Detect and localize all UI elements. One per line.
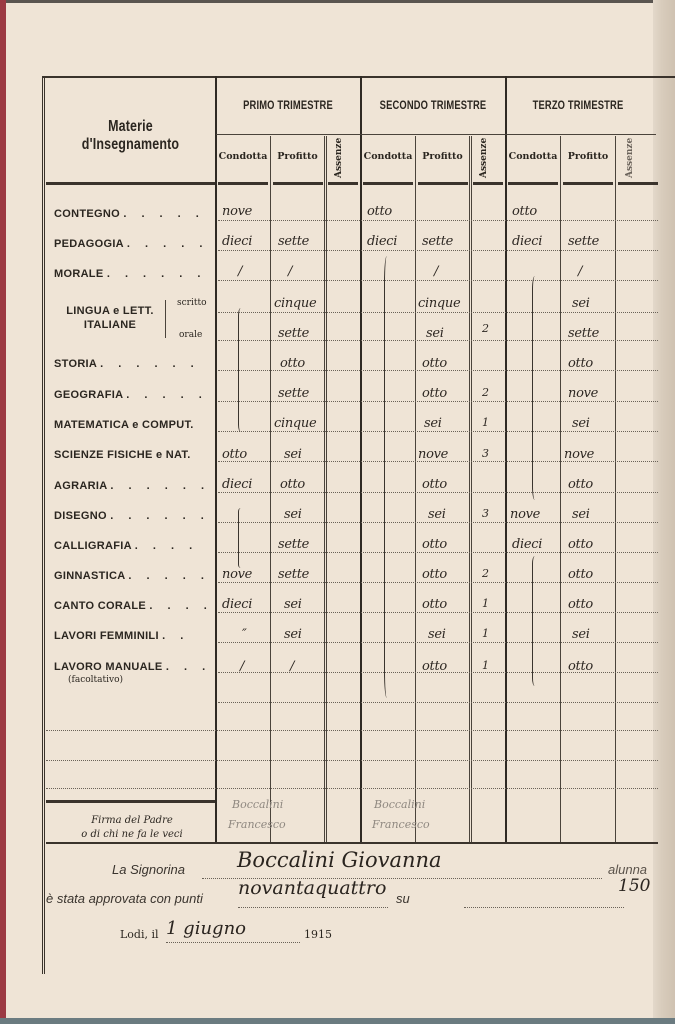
- absence-count: 2: [482, 567, 489, 580]
- grade: otto: [422, 356, 447, 371]
- grade: sette: [278, 567, 309, 582]
- subject-geografia: GEOGRAFIA . . . . .: [54, 389, 208, 401]
- t3-condotta-header: Condotta: [506, 151, 560, 162]
- t1-parent-signature-name: Francesco: [228, 818, 286, 831]
- header-rule: [473, 182, 503, 185]
- row-line: [218, 401, 658, 402]
- term-header-divider: [216, 134, 656, 135]
- absence-count: 3: [482, 507, 489, 520]
- t1-condotta-header: Condotta: [216, 151, 270, 162]
- t2-parent-signature-name: Francesco: [372, 818, 430, 831]
- absence-count: 1: [482, 416, 489, 429]
- grade: nove: [564, 447, 594, 462]
- grade: cinque: [418, 296, 460, 311]
- subject-calligrafia: CALLIGRAFIA . . . .: [54, 540, 198, 552]
- subject-morale: MORALE . . . . . .: [54, 268, 206, 280]
- divider-t2-profitto: [469, 136, 472, 842]
- t3-profitto-header: Profitto: [561, 151, 615, 162]
- subject-matematica: MATEMATICA e COMPUT.: [54, 419, 194, 431]
- grade: /: [578, 264, 582, 279]
- alunna-label: alunna: [608, 862, 647, 877]
- table-top-border: [42, 76, 675, 79]
- header-rule: [418, 182, 468, 185]
- page-bottom-edge: [0, 1018, 675, 1024]
- row-line: [218, 312, 658, 313]
- signature-label: Firma del Padre o di chi ne fa le veci: [46, 814, 218, 842]
- row-line: [218, 431, 658, 432]
- absence-count: 1: [482, 597, 489, 610]
- divider-t3-profitto: [615, 136, 616, 842]
- ditto-bracket: [238, 308, 245, 432]
- max-points-line: [464, 907, 624, 908]
- grade: otto: [422, 477, 447, 492]
- signorina-label: La Signorina: [112, 862, 185, 877]
- header-rule: [218, 182, 268, 185]
- grade: nove: [222, 204, 252, 219]
- t2-assenze-header: Assenze: [479, 138, 489, 178]
- grade: /: [240, 659, 244, 674]
- grade: sette: [422, 234, 453, 249]
- subject-lingua: LINGUA e LETT. ITALIANE: [56, 304, 164, 332]
- year: 1915: [304, 928, 332, 941]
- lingua-separator: [165, 300, 166, 338]
- grade: nove: [222, 567, 252, 582]
- t2-condotta-header: Condotta: [361, 151, 415, 162]
- report-card-table: Materie d'Insegnamento PRIMO TRIMESTRE S…: [42, 76, 675, 974]
- absence-count: 1: [482, 627, 489, 640]
- grade: sei: [284, 507, 302, 522]
- grade: /: [288, 264, 292, 279]
- row-line: [218, 582, 658, 583]
- grade: sette: [278, 537, 309, 552]
- date-line: [166, 942, 300, 943]
- grade: otto: [422, 386, 447, 401]
- grade: otto: [568, 477, 593, 492]
- row-line: [218, 280, 658, 281]
- grade: sette: [278, 326, 309, 341]
- grade: nove: [568, 386, 598, 401]
- grade: ″: [242, 627, 247, 642]
- signature-top-rule: [46, 800, 215, 803]
- grade: dieci: [222, 477, 252, 492]
- absence-count: 2: [482, 322, 489, 335]
- place-label: Lodi, il: [120, 928, 159, 941]
- max-points: 150: [618, 876, 650, 896]
- grade: dieci: [222, 597, 252, 612]
- points-line: [238, 907, 388, 908]
- grade: /: [290, 659, 294, 674]
- grade: otto: [568, 659, 593, 674]
- row-line: [218, 220, 658, 221]
- grade: otto: [422, 597, 447, 612]
- t1-assenze-header: Assenze: [334, 138, 344, 178]
- grade: sei: [572, 627, 590, 642]
- divider-t2-condotta: [415, 136, 416, 842]
- grade: otto: [422, 537, 447, 552]
- book-cover-edge: [0, 0, 6, 1024]
- grade: otto: [367, 204, 392, 219]
- row-line: [218, 492, 658, 493]
- divider-subjects: [215, 76, 217, 842]
- term2-title: SECONDO TRIMESTRE: [377, 98, 489, 112]
- term3-title: TERZO TRIMESTRE: [522, 98, 634, 112]
- grade: dieci: [512, 537, 542, 552]
- grade: sei: [572, 507, 590, 522]
- grade: otto: [222, 447, 247, 462]
- grade: otto: [422, 659, 447, 674]
- grade: sette: [278, 234, 309, 249]
- grade: dieci: [512, 234, 542, 249]
- ditto-line: [532, 556, 539, 686]
- row-line: [46, 760, 658, 761]
- ditto-line: [384, 256, 391, 698]
- grade: sette: [568, 326, 599, 341]
- ditto-bracket: [238, 508, 245, 568]
- grade: nove: [418, 447, 448, 462]
- header-rule: [563, 182, 613, 185]
- t2-parent-signature-surname: Boccalini: [374, 798, 425, 811]
- term1-title: PRIMO TRIMESTRE: [232, 98, 344, 112]
- absence-count: 2: [482, 386, 489, 399]
- student-name: Boccalini Giovanna: [237, 848, 442, 872]
- grade: sei: [572, 296, 590, 311]
- subject-storia: STORIA . . . . . .: [54, 358, 200, 370]
- grade: sette: [278, 386, 309, 401]
- subject-ginnastica: GINNASTICA . . . . .: [54, 570, 210, 582]
- divider-term1: [360, 76, 362, 842]
- grade: otto: [568, 356, 593, 371]
- ditto-line: [532, 276, 539, 500]
- header-rule: [508, 182, 558, 185]
- grade: otto: [422, 567, 447, 582]
- grade: sei: [284, 597, 302, 612]
- grade: /: [434, 264, 438, 279]
- grade: sette: [568, 234, 599, 249]
- subject-pedagogia: PEDAGOGIA . . . . .: [54, 238, 208, 250]
- t1-parent-signature-surname: Boccalini: [232, 798, 283, 811]
- subjects-column-title: Materie d'Insegnamento: [65, 118, 197, 154]
- grade: sei: [428, 507, 446, 522]
- grade: otto: [568, 597, 593, 612]
- subject-canto-corale: CANTO CORALE . . . .: [54, 600, 213, 612]
- grade: cinque: [274, 416, 316, 431]
- grade: dieci: [222, 234, 252, 249]
- grade: otto: [568, 537, 593, 552]
- header-rule: [328, 182, 358, 185]
- grade: /: [238, 264, 242, 279]
- grade: sei: [428, 627, 446, 642]
- row-line: [218, 552, 658, 553]
- grade: otto: [568, 567, 593, 582]
- grade: otto: [280, 477, 305, 492]
- t2-profitto-header: Profitto: [416, 151, 469, 162]
- su-label: su: [396, 891, 410, 906]
- header-rule: [363, 182, 413, 185]
- t3-assenze-header: Assenze: [625, 138, 635, 178]
- table-left-border: [42, 76, 45, 974]
- subject-lavori-femminili: LAVORI FEMMINILI . .: [54, 630, 189, 642]
- absence-count: 1: [482, 659, 489, 672]
- approved-label: è stata approvata con punti: [46, 891, 203, 906]
- row-line: [218, 702, 658, 703]
- grade: dieci: [367, 234, 397, 249]
- divider-t3-condotta: [560, 136, 561, 842]
- row-line: [46, 730, 658, 731]
- grade: cinque: [274, 296, 316, 311]
- page-top-edge: [0, 0, 675, 3]
- subject-lavoro-manuale: LAVORO MANUALE . . .: [54, 661, 211, 673]
- header-rule: [273, 182, 323, 185]
- subject-disegno: DISEGNO . . . . . .: [54, 510, 210, 522]
- subject-contegno: CONTEGNO . . . . .: [54, 208, 205, 220]
- grade: sei: [284, 627, 302, 642]
- absence-count: 3: [482, 447, 489, 460]
- grade: sei: [426, 326, 444, 341]
- row-line: [218, 612, 658, 613]
- divider-term2: [505, 76, 507, 842]
- row-line: [218, 522, 658, 523]
- grade: sei: [284, 447, 302, 462]
- divider-t1-profitto: [324, 136, 327, 842]
- grade: otto: [512, 204, 537, 219]
- subject-scienze: SCIENZE FISICHE e NAT.: [54, 449, 191, 461]
- t1-profitto-header: Profitto: [271, 151, 324, 162]
- header-rule: [618, 182, 658, 185]
- signature-label-line2: o di chi ne fa le veci: [46, 828, 218, 842]
- divider-t1-condotta: [270, 136, 271, 842]
- row-line: [46, 788, 658, 789]
- row-line: [218, 250, 658, 251]
- row-line: [218, 642, 658, 643]
- table-bottom-rule: [46, 842, 658, 844]
- header-bottom-rule: [46, 182, 215, 185]
- date-handwritten: 1 giugno: [166, 918, 246, 939]
- lavoro-manuale-note: (facoltativo): [68, 675, 123, 685]
- signature-label-line1: Firma del Padre: [46, 814, 218, 828]
- grade: sei: [572, 416, 590, 431]
- points-words: novantaquattro: [238, 877, 386, 899]
- subject-agraria: AGRARIA . . . . . .: [54, 480, 210, 492]
- grade: nove: [510, 507, 540, 522]
- lingua-orale-label: orale: [179, 330, 202, 340]
- grade: sei: [424, 416, 442, 431]
- lingua-scritto-label: scritto: [177, 298, 207, 308]
- grade: otto: [280, 356, 305, 371]
